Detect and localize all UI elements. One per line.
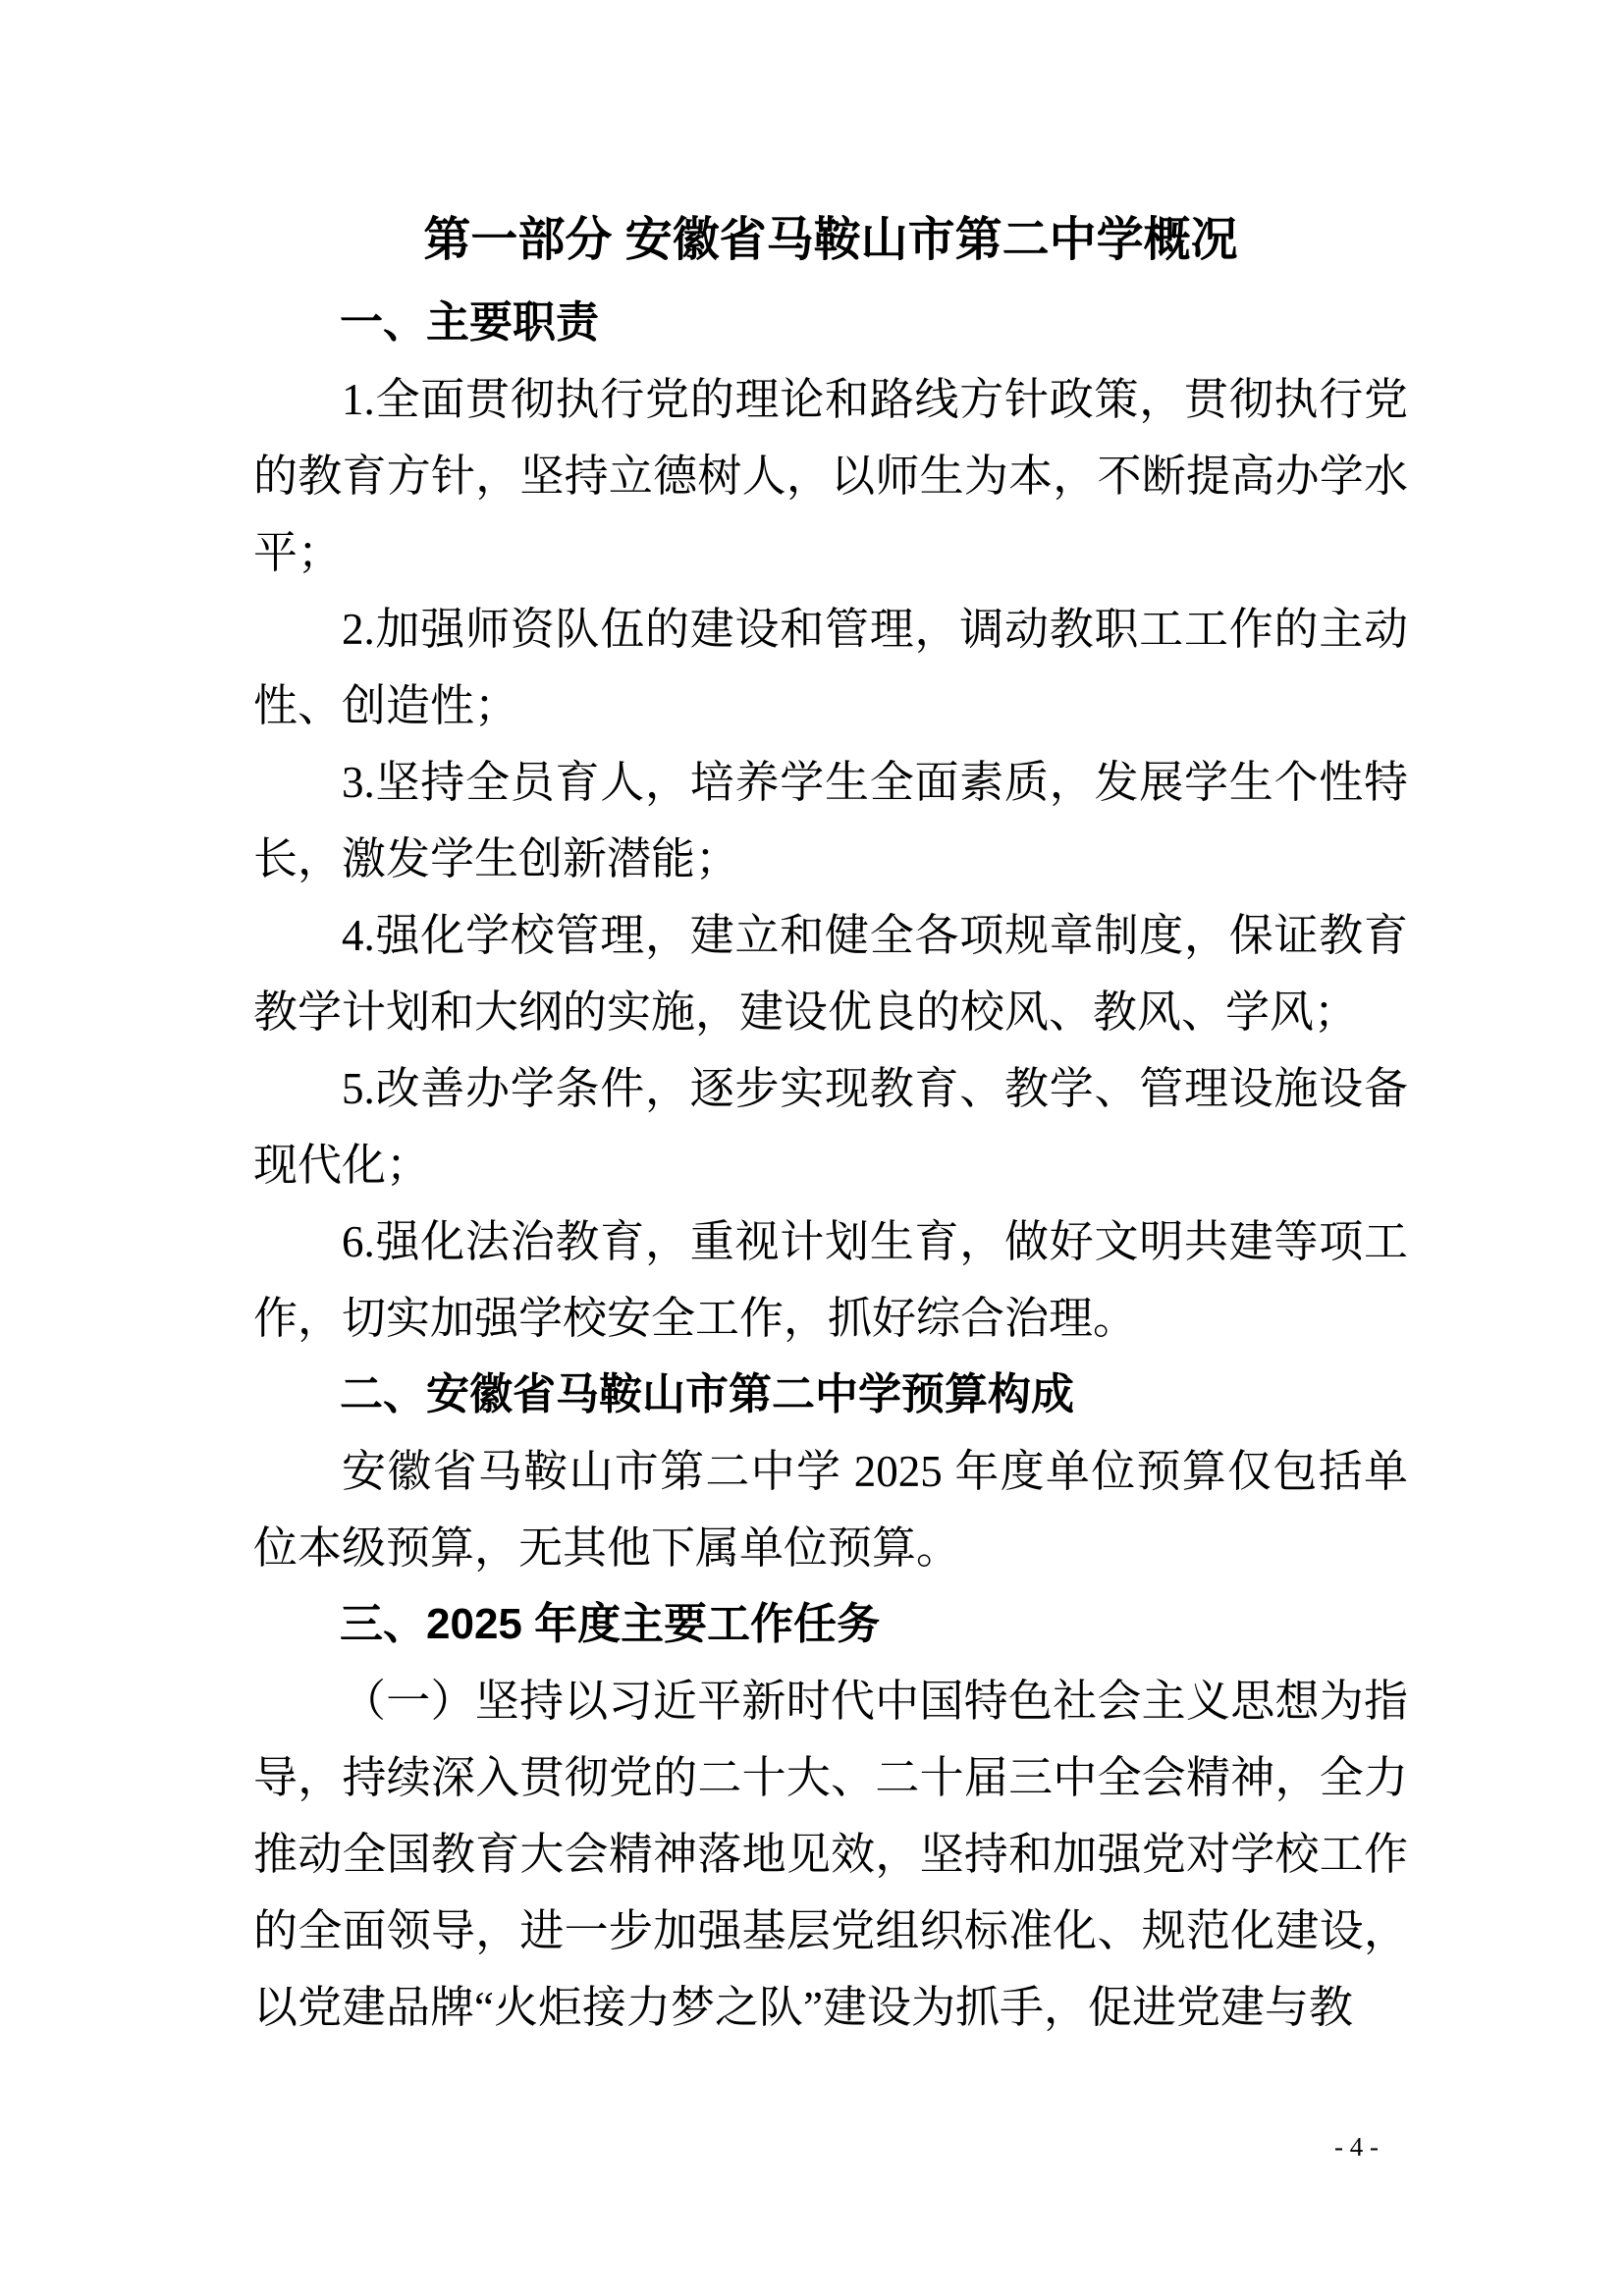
- paragraph-duty-4: 4.强化学校管理，建立和健全各项规章制度，保证教育教学计划和大纲的实施，建设优良…: [253, 897, 1408, 1050]
- section-heading-budget-composition: 二、安徽省马鞍山市第二中学预算构成: [253, 1357, 1408, 1433]
- paragraph-task-1: （一）坚持以习近平新时代中国特色社会主义思想为指导，持续深入贯彻党的二十大、二十…: [253, 1663, 1408, 2046]
- page-title: 第一部分 安徽省马鞍山市第二中学概况: [253, 0, 1408, 285]
- document-page: 第一部分 安徽省马鞍山市第二中学概况 一、主要职责 1.全面贯彻执行党的理论和路…: [0, 0, 1624, 2296]
- section-heading-main-duties: 一、主要职责: [253, 285, 1408, 361]
- page-number: - 4 -: [1334, 2132, 1379, 2162]
- paragraph-duty-3: 3.坚持全员育人，培养学生全面素质，发展学生个性特长，激发学生创新潜能；: [253, 744, 1408, 897]
- paragraph-duty-1: 1.全面贯彻执行党的理论和路线方针政策，贯彻执行党的教育方针，坚持立德树人，以师…: [253, 361, 1408, 591]
- paragraph-budget-composition: 安徽省马鞍山市第二中学 2025 年度单位预算仅包括单位本级预算，无其他下属单位…: [253, 1433, 1408, 1586]
- paragraph-duty-6: 6.强化法治教育，重视计划生育，做好文明共建等项工作，切实加强学校安全工作，抓好…: [253, 1203, 1408, 1357]
- paragraph-duty-5: 5.改善办学条件，逐步实现教育、教学、管理设施设备现代化；: [253, 1050, 1408, 1203]
- paragraph-duty-2: 2.加强师资队伍的建设和管理，调动教职工工作的主动性、创造性；: [253, 591, 1408, 744]
- document-content: 第一部分 安徽省马鞍山市第二中学概况 一、主要职责 1.全面贯彻执行党的理论和路…: [253, 0, 1408, 2046]
- section-heading-2025-tasks: 三、2025 年度主要工作任务: [253, 1586, 1408, 1663]
